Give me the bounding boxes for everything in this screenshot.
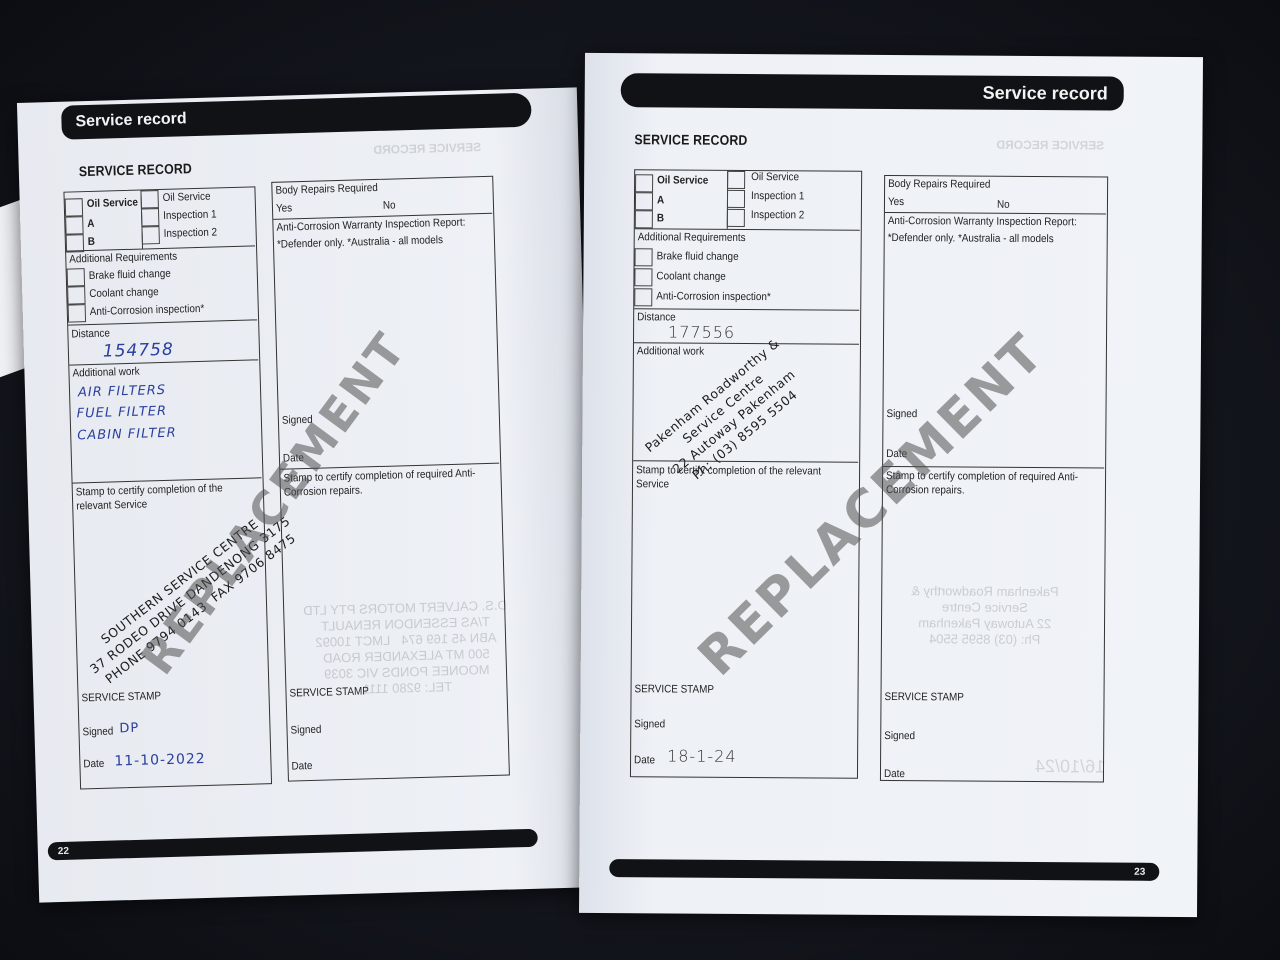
signed-label: Signed xyxy=(634,718,665,730)
right-header-title: Service record xyxy=(983,82,1108,104)
divider xyxy=(885,212,1106,215)
anti-corrosion-note: *Defender only. *Australia - all models xyxy=(277,234,443,251)
yes-label: Yes xyxy=(888,196,904,208)
body-repairs-label: Body Repairs Required xyxy=(888,178,990,191)
brake-fluid-checkbox[interactable] xyxy=(635,248,653,266)
no-label: No xyxy=(997,199,1010,211)
oil-service-bold-label: Oil Service xyxy=(657,174,708,186)
option-a-label: A xyxy=(657,194,664,206)
coolant-label: Coolant change xyxy=(89,286,159,300)
oil-service-label: Oil Service xyxy=(751,171,799,183)
date-value: 11-10-2022 xyxy=(114,751,206,770)
right-footer-bar: 23 xyxy=(609,859,1159,881)
inspection-1-checkbox[interactable] xyxy=(727,190,745,208)
coolant-checkbox[interactable] xyxy=(634,268,652,286)
additional-work-item: AIR FILTERS xyxy=(78,383,166,400)
right-service-form: Oil Service A B Oil Service Inspection 1… xyxy=(630,169,862,779)
stamp-service-label: Stamp to certify completion of the relev… xyxy=(636,463,852,493)
signed-label: Signed xyxy=(886,408,917,420)
anti-corrosion-inspection-label: Anti-Corrosion inspection* xyxy=(90,303,205,318)
oil-service-checkbox[interactable] xyxy=(727,171,745,189)
inspection-1-label: Inspection 1 xyxy=(163,208,217,221)
oil-service-a-checkbox-blank[interactable] xyxy=(65,198,83,216)
service-stamp-label: SERVICE STAMP xyxy=(289,685,369,699)
divider xyxy=(634,342,859,345)
left-page: Service record SERVICE RECORD SERVICE RE… xyxy=(17,87,599,902)
left-header-bar: Service record xyxy=(61,93,532,140)
anti-corrosion-inspection-label: Anti-Corrosion inspection* xyxy=(656,290,771,303)
date-value: 18-1-24 xyxy=(667,746,737,765)
distance-label: Distance xyxy=(71,327,110,340)
right-section-title: SERVICE RECORD xyxy=(634,131,747,148)
distance-value: 177556 xyxy=(668,322,735,341)
divider xyxy=(69,359,258,365)
date-label: Date xyxy=(83,758,104,771)
anti-corrosion-checkbox[interactable] xyxy=(634,288,652,306)
inspection-2-checkbox[interactable] xyxy=(727,209,745,227)
coolant-label: Coolant change xyxy=(656,270,725,282)
page-number: 22 xyxy=(58,845,69,856)
stamp-service-label: Stamp to certify completion of the relev… xyxy=(76,480,257,513)
bleed-through-title: SERVICE RECORD xyxy=(373,140,481,157)
date-label: Date xyxy=(884,768,905,780)
option-a-checkbox[interactable] xyxy=(65,216,83,234)
divider xyxy=(68,319,257,325)
anti-corrosion-note: *Defender only. *Australia - all models xyxy=(888,232,1054,245)
left-footer-bar: 22 xyxy=(48,829,538,861)
anti-corrosion-checkbox[interactable] xyxy=(68,304,86,322)
inspection-1-checkbox[interactable] xyxy=(141,208,159,226)
service-stamp-label: SERVICE STAMP xyxy=(81,690,161,704)
inspection-1-label: Inspection 1 xyxy=(751,190,804,202)
option-b-checkbox[interactable] xyxy=(635,210,653,228)
additional-work-item: CABIN FILTER xyxy=(77,426,177,444)
left-service-form: Oil Service A B Oil Service Inspection 1… xyxy=(63,186,272,789)
additional-work-label: Additional work xyxy=(637,345,704,357)
additional-work-label: Additional work xyxy=(72,366,139,380)
oil-service-checkbox[interactable] xyxy=(140,190,158,208)
divider xyxy=(635,228,860,231)
bleed-through-title: SERVICE RECORD xyxy=(996,138,1104,153)
yes-label: Yes xyxy=(276,202,292,214)
service-stamp-label: SERVICE STAMP xyxy=(635,683,714,696)
signed-label: Signed xyxy=(82,726,113,739)
signed-label: Signed xyxy=(290,724,321,737)
anti-corrosion-report-label: Anti-Corrosion Warranty Inspection Repor… xyxy=(276,217,465,234)
coolant-checkbox[interactable] xyxy=(67,286,85,304)
oil-service-a-checkbox-blank[interactable] xyxy=(635,174,653,192)
brake-fluid-checkbox[interactable] xyxy=(67,268,85,286)
brake-fluid-label: Brake fluid change xyxy=(89,268,171,282)
option-a-checkbox[interactable] xyxy=(635,192,653,210)
signed-value: DP xyxy=(119,721,139,737)
distance-value: 154758 xyxy=(103,340,174,362)
date-label: Date xyxy=(634,754,655,766)
oil-service-label: Oil Service xyxy=(162,191,210,204)
left-section-title: SERVICE RECORD xyxy=(79,160,193,179)
body-repairs-label: Body Repairs Required xyxy=(275,182,378,197)
inspection-2-label: Inspection 2 xyxy=(751,209,804,221)
signed-label: Signed xyxy=(884,730,915,742)
additional-requirements-label: Additional Requirements xyxy=(69,251,177,266)
oil-service-bold-label: Oil Service xyxy=(87,197,139,210)
inspection-2-label: Inspection 2 xyxy=(163,226,217,239)
additional-requirements-label: Additional Requirements xyxy=(638,231,746,244)
right-page: Service record SERVICE RECORD SERVICE RE… xyxy=(579,53,1203,917)
additional-work-item: FUEL FILTER xyxy=(76,404,167,422)
no-label: No xyxy=(383,199,396,211)
date-label: Date xyxy=(291,760,312,773)
divider xyxy=(634,308,859,311)
option-a-label: A xyxy=(87,218,94,230)
option-b-label: B xyxy=(88,236,95,248)
service-stamp-label: SERVICE STAMP xyxy=(884,691,963,704)
right-header-bar: Service record xyxy=(621,73,1124,111)
anti-corrosion-report-label: Anti-Corrosion Warranty Inspection Repor… xyxy=(888,215,1077,228)
option-b-label: B xyxy=(657,212,664,224)
left-header-title: Service record xyxy=(75,110,187,131)
page-number: 23 xyxy=(1134,866,1145,877)
inspection-2-checkbox[interactable] xyxy=(141,226,159,244)
brake-fluid-label: Brake fluid change xyxy=(657,250,739,263)
